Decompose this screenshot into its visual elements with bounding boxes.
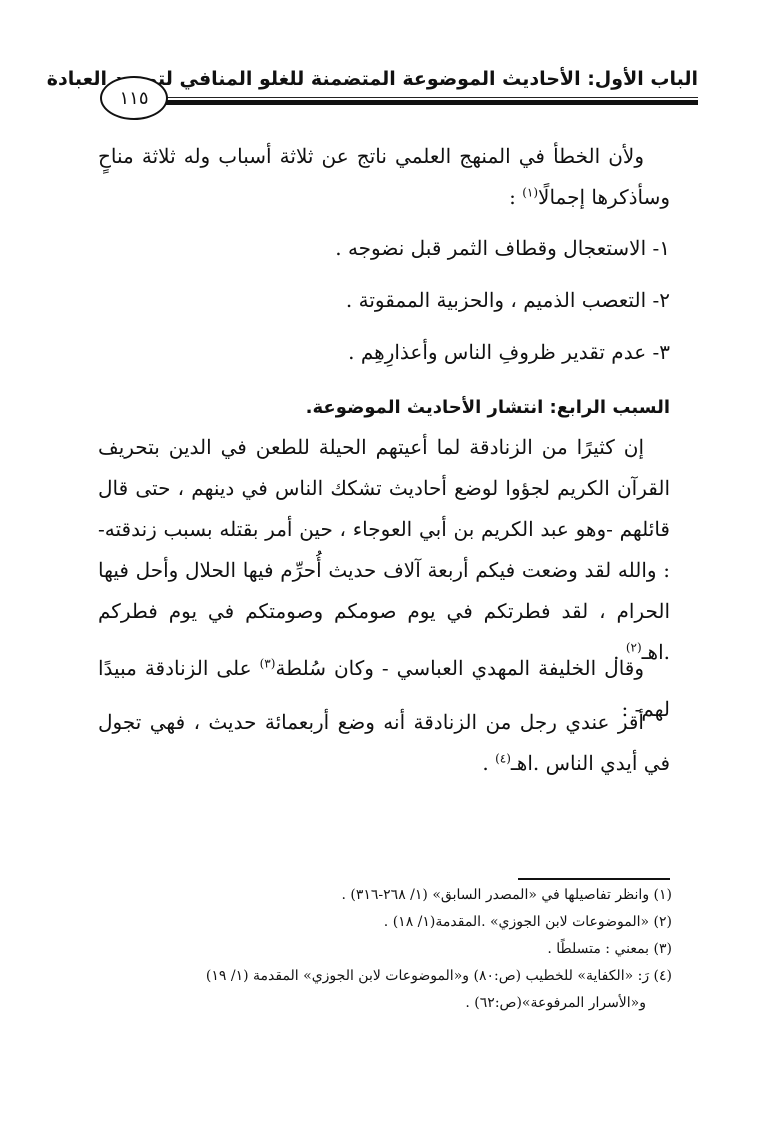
footnote-separator — [518, 878, 670, 880]
paragraph-quote: أقر عندي رجل من الزنادقة أنه وضع أربعمائ… — [98, 702, 670, 784]
paragraph3-text-before: وقال الخليفة المهدي العباسي - وكان سُلطة — [275, 656, 644, 680]
page-header: الباب الأول: الأحاديث الموضوعة المتضمنة … — [96, 66, 698, 126]
footnote-4: (٤) رَ: «الكفاية» للخطيب (ص:٨٠) و«الموضو… — [98, 963, 672, 990]
causes-list: ١- الاستعجال وقطاف الثمر قبل نضوجه . ٢- … — [98, 222, 670, 378]
paragraph4-tail: . — [482, 751, 495, 775]
footnote-ref-4: (٤) — [495, 751, 511, 765]
paragraph-zanadiqa: إن كثيرًا من الزنادقة لما أعيتهم الحيلة … — [98, 427, 670, 673]
cause-item: ١- الاستعجال وقطاف الثمر قبل نضوجه . — [98, 222, 670, 274]
header-rule-thick — [160, 100, 698, 105]
footnote-2: (٢) «الموضوعات لابن الجوزي» .المقدمة(١/ … — [98, 909, 672, 936]
footnote-1: (١) وانظر تفاصيلها في «المصدر السابق» (١… — [98, 882, 672, 909]
footnote-3: (٣) بمعني : متسلطًا . — [98, 936, 672, 963]
section-heading: السبب الرابع: انتشار الأحاديث الموضوعة. — [306, 397, 670, 418]
paragraph4-text: أقر عندي رجل من الزنادقة أنه وضع أربعمائ… — [98, 710, 670, 775]
paragraph2-text: إن كثيرًا من الزنادقة لما أعيتهم الحيلة … — [98, 435, 670, 664]
footnote-ref-1: (١) — [522, 185, 538, 199]
footnote-ref-3: (٣) — [260, 656, 276, 670]
cause-item: ٢- التعصب الذميم ، والحزبية الممقوتة . — [98, 274, 670, 326]
book-page: الباب الأول: الأحاديث الموضوعة المتضمنة … — [0, 0, 758, 1124]
cause-item: ٣- عدم تقدير ظروفِ الناس وأعذارِهِم . — [98, 326, 670, 378]
intro-text: ولأن الخطأ في المنهج العلمي ناتج عن ثلاث… — [98, 144, 670, 209]
footnotes: (١) وانظر تفاصيلها في «المصدر السابق» (١… — [98, 882, 672, 1017]
page-number-oval: ١١٥ — [100, 76, 168, 120]
intro-paragraph: ولأن الخطأ في المنهج العلمي ناتج عن ثلاث… — [98, 136, 670, 218]
footnote-4-continuation: و«الأسرار المرفوعة»(ص:٦٢) . — [98, 990, 672, 1017]
page-number: ١١٥ — [119, 88, 148, 109]
intro-tail: : — [509, 185, 522, 209]
header-rule-thin — [160, 97, 698, 98]
